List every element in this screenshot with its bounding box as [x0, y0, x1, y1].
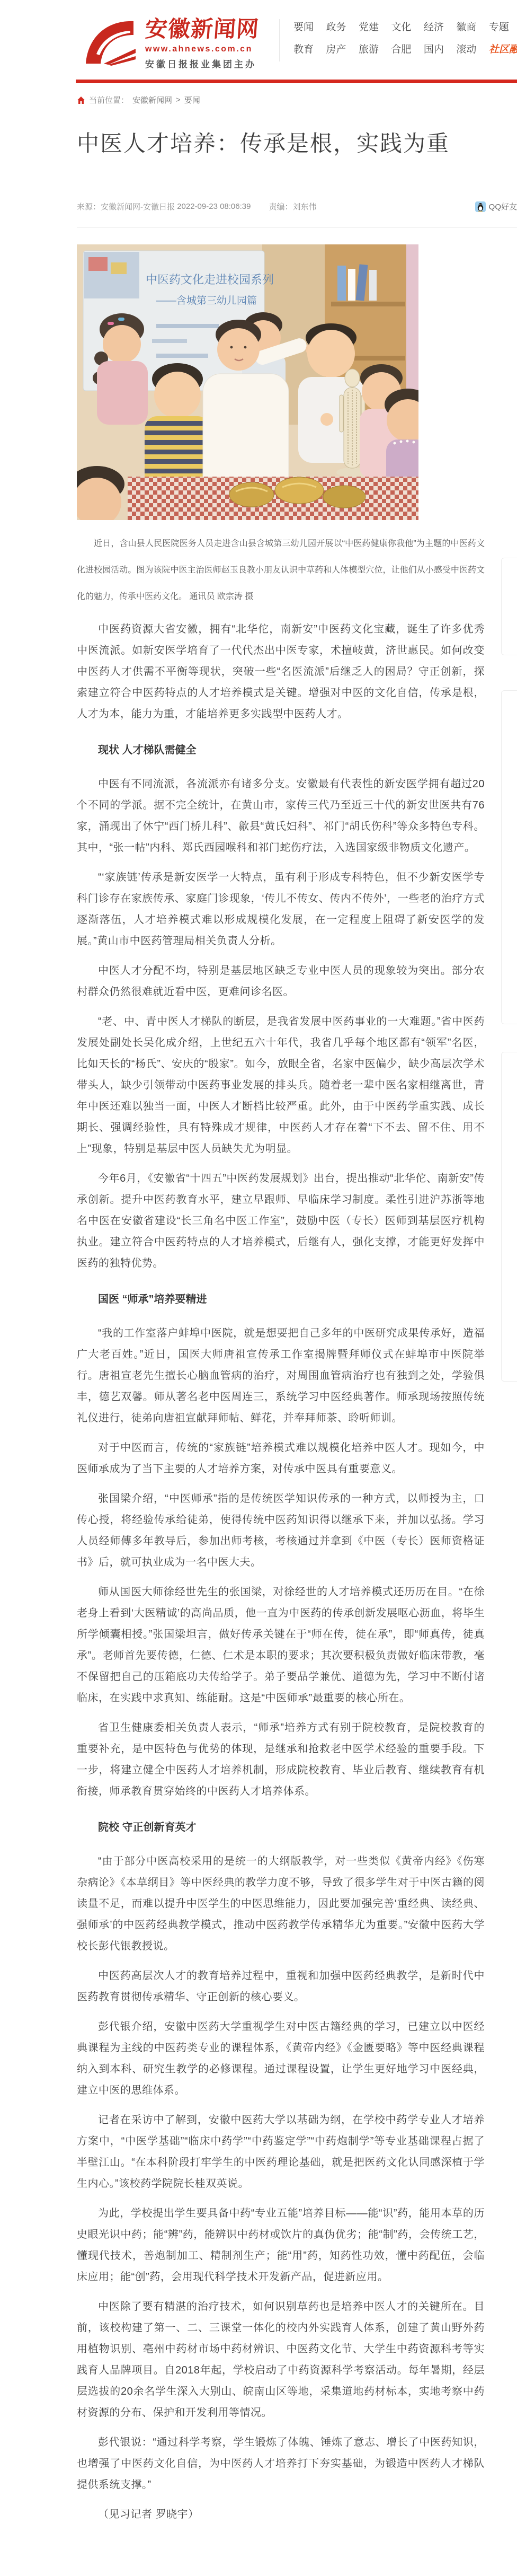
paragraph: “由于部分中医高校采用的是统一的大纲版教学，对一些类似《黄帝内经》《伤寒杂病论》…: [77, 1851, 485, 1957]
breadcrumb-separator: >: [176, 95, 181, 104]
editor-label: 责编：: [269, 201, 292, 212]
header-red-bar: [76, 80, 517, 83]
paragraph: “‘家族链’传承是新安医学一大特点，虽有利于形成专科特色，但不少新安医学专科门诊…: [77, 867, 485, 952]
source-value: 安徽新闻网-安徽日报: [101, 201, 175, 212]
paragraph: 记者在采访中了解到，安徽中医药大学以基础为纲，在学校中药学专业人才培养方案中，“…: [77, 2109, 485, 2194]
paragraph: 中医除了要有精湛的治疗技术，如何识别草药也是培养中医人才的关键所在。目前，该校构…: [77, 2296, 485, 2423]
news-article-page: 安徽新闻网 www.ahnews.com.cn 安徽日报报业集团主办 要闻 政务…: [0, 0, 517, 2576]
nav-item-fangchan[interactable]: 房产: [326, 42, 346, 57]
article-photo: 中医药文化走进校园系列 ——含城第三幼儿园篇: [77, 244, 418, 520]
nav-item-huishang[interactable]: 徽商: [456, 20, 476, 35]
nav-row-2: 教育 房产 旅游 合肥 国内 滚动 社区融 头: [293, 42, 517, 57]
nav-item-jiaoyu[interactable]: 教育: [293, 42, 314, 57]
paragraph: 中医有不同流派，各流派亦有诸多分支。安徽最有代表性的新安医学拥有超过20个不同的…: [77, 773, 485, 858]
right-edge-panel: [501, 558, 517, 655]
nav-item-hefei[interactable]: 合肥: [391, 42, 411, 57]
main-nav: 要闻 政务 党建 文化 经济 徽商 专题 教育 房产 旅游 合肥 国内 滚动 社…: [293, 20, 517, 65]
share-qq-button[interactable]: QQ好友: [475, 201, 517, 212]
site-slogan: 安徽日报报业集团主办: [145, 57, 259, 70]
nav-item-zhengwu[interactable]: 政务: [326, 20, 346, 35]
right-edge-panel: [501, 690, 517, 1024]
section-heading: 现状 人才梯队需健全: [77, 740, 485, 761]
publish-datetime: 2022-09-23 08:06:39: [177, 202, 251, 211]
meta-divider: [77, 227, 517, 227]
paragraph: “老、中、青中医人才梯队的断层，是我省发展中医药事业的一大难题。”省中医药发展处…: [77, 1011, 485, 1159]
paragraph: 彭代银说：“通过科学考察，学生锻炼了体魄、锤炼了意志、增长了中医药知识，也增强了…: [77, 2432, 485, 2495]
header-divider: [279, 19, 280, 61]
nav-item-wenhua[interactable]: 文化: [391, 20, 411, 35]
nav-item-shequrong[interactable]: 社区融: [489, 42, 517, 57]
paragraph: 为此，学校提出学生要具备中药“专业五能”培养目标——能“识”药，能用本草的历史眼…: [77, 2203, 485, 2288]
paragraph: 师从国医大师徐经世先生的张国梁，对徐经世的人才培养模式还历历在目。“在徐老身上看…: [77, 1581, 485, 1709]
article-body: 中医药资源大省安徽，拥有“北华佗，南新安”中医药文化宝藏，诞生了许多优秀中医流派…: [77, 619, 485, 2525]
right-edge-panel: [501, 1052, 517, 1382]
paragraph: 中医人才分配不均，特别是基层地区缺乏专业中医人员的现象较为突出。部分农村群众仍然…: [77, 960, 485, 1003]
breadcrumb-site-link[interactable]: 安徽新闻网: [132, 94, 172, 105]
photo-caption: 近日，含山县人民医院医务人员走进含山县含城第三幼儿园开展以“中医药健康你我他”为…: [77, 531, 485, 610]
source-label: 来源：: [77, 201, 101, 212]
editor-value: 刘东伟: [293, 201, 317, 212]
nav-item-jingji[interactable]: 经济: [424, 20, 444, 35]
nav-item-zhuanti[interactable]: 专题: [489, 20, 509, 35]
paragraph: 省卫生健康委相关负责人表示，“师承”培养方式有别于院校教育，是院校教育的重要补充…: [77, 1717, 485, 1802]
nav-item-guonei[interactable]: 国内: [424, 42, 444, 57]
nav-item-yaowen[interactable]: 要闻: [293, 20, 314, 35]
breadcrumb: 当前位置： 安徽新闻网 > 要闻: [77, 80, 517, 105]
paragraph: 对于中医而言，传统的“家族链”培养模式难以规模化培养中医人才。现如今，中医师承成…: [77, 1437, 485, 1480]
breadcrumb-label: 当前位置：: [89, 94, 129, 105]
site-header: 安徽新闻网 www.ahnews.com.cn 安徽日报报业集团主办 要闻 政务…: [0, 0, 517, 80]
paragraph: 彭代银介绍，安徽中医药大学重视学生对中医古籍经典的学习，已建立以中医经典课程为主…: [77, 2016, 485, 2101]
share-qq-label: QQ好友: [489, 201, 517, 212]
qq-icon: [475, 201, 486, 212]
nav-item-lvyou[interactable]: 旅游: [359, 42, 379, 57]
paragraph: 张国梁介绍，“中医师承”指的是传统医学知识传承的一种方式，以师授为主，口传心授，…: [77, 1488, 485, 1573]
nav-row-1: 要闻 政务 党建 文化 经济 徽商 专题: [293, 20, 517, 35]
breadcrumb-section-link[interactable]: 要闻: [184, 94, 200, 105]
home-icon: [77, 96, 85, 104]
nav-item-gundong[interactable]: 滚动: [456, 42, 476, 57]
site-logo-icon: [81, 17, 138, 66]
paragraph: 今年6月，《安徽省“十四五”中医药发展规划》出台，提出推动“北华佗、南新安”传承…: [77, 1168, 485, 1274]
byline: （见习记者 罗晓宇）: [77, 2504, 485, 2525]
section-heading: 院校 守正创新育英才: [77, 1817, 485, 1838]
article-meta: 来源： 安徽新闻网-安徽日报 2022-09-23 08:06:39 责编： 刘…: [77, 201, 517, 212]
site-logo-texts: 安徽新闻网 www.ahnews.com.cn 安徽日报报业集团主办: [145, 17, 259, 70]
nav-item-dangjian[interactable]: 党建: [359, 20, 379, 35]
site-name: 安徽新闻网: [144, 18, 260, 41]
paragraph: “我的工作室落户蚌埠中医院，就是想要把自己多年的中医研究成果传承好，造福广大老百…: [77, 1323, 485, 1429]
paragraph: 中医药高层次人才的教育培养过程中，重视和加强中医药经典教学，是新时代中医药教育贯…: [77, 1965, 485, 2008]
site-url: www.ahnews.com.cn: [145, 45, 259, 54]
section-heading: 国医 “师承”培养要精进: [77, 1289, 485, 1310]
article-title: 中医人才培养：传承是根，实践为重: [77, 129, 495, 159]
site-logo[interactable]: 安徽新闻网 www.ahnews.com.cn 安徽日报报业集团主办: [81, 17, 259, 70]
paragraph: 中医药资源大省安徽，拥有“北华佗，南新安”中医药文化宝藏，诞生了许多优秀中医流派…: [77, 619, 485, 725]
